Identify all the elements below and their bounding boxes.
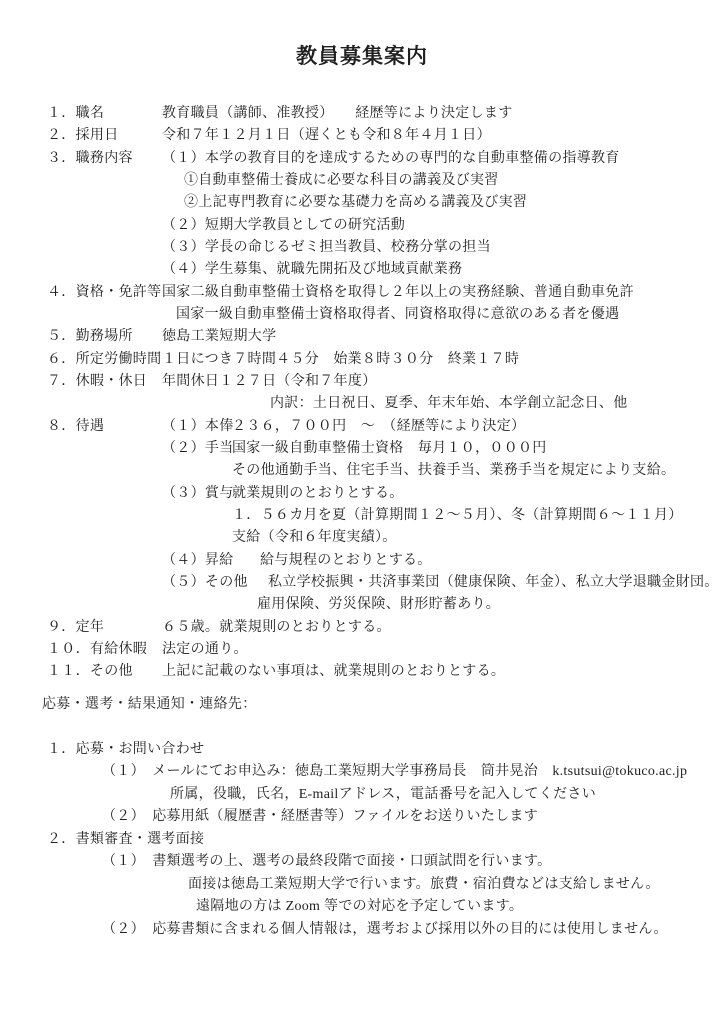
doc-text-line: ３．職務内容	[47, 149, 133, 168]
doc-text-line: 上記に記載のない事項は、就業規則のとおりとする。	[162, 662, 505, 681]
doc-text-line: １．５６カ月を夏（計算期間１２～５月）、冬（計算期間６～１１月）	[232, 506, 683, 525]
doc-text-line: （４）昇給	[162, 551, 234, 570]
doc-text-line: ９．定年	[47, 618, 104, 637]
doc-text-line: 面接は徳島工業短期大学で行います。旅費・宿泊費などは支給しません。	[188, 875, 660, 894]
doc-text-line: （１）本俸	[162, 417, 234, 436]
doc-text-line: （１）本学の教育目的を達成するための専門的な自動車整備の指導教育	[162, 149, 620, 168]
doc-text-line: ②上記専門教育に必要な基礎力を高める講義及び実習	[184, 193, 527, 212]
doc-text-line: （１） メールにてお申込み：徳島工業短期大学事務局長 筒井晃治 k.tsutsu…	[102, 762, 687, 781]
doc-text-line: １１．その他	[47, 662, 133, 681]
doc-text-line: １０．有給休暇	[47, 640, 147, 659]
doc-text-line: １．応募・お問い合わせ	[47, 740, 204, 759]
doc-text-line: その他通勤手当、住宅手当、扶養手当、業務手当を規定により支給。	[232, 461, 675, 480]
doc-text-line: ７．休暇・休日	[47, 372, 147, 391]
doc-text-line: （２）短期大学教員としての研究活動	[162, 216, 405, 235]
doc-text-line: （２） 応募用紙（履歴書・経歴書等）ファイルをお送りいたします	[102, 807, 538, 826]
doc-text-line: 国家二級自動車整備士資格を取得し２年以上の実務経験、普通自動車免許	[162, 283, 634, 302]
doc-text-line: （１） 書類選考の上、選考の最終段階で面接・口頭試問を行います。	[102, 852, 551, 871]
doc-text-line: ４．資格・免許等	[47, 283, 161, 302]
doc-text-line: 国家一級自動車整備士資格 毎月１０，０００円	[232, 439, 547, 458]
doc-text-line: 遠隔地の方は Zoom 等での対応を予定しています。	[196, 897, 523, 916]
doc-text-line: （２）手当	[162, 439, 234, 458]
doc-text-line: ５．勤務場所	[47, 327, 133, 346]
doc-text-line: 内訳：土日祝日、夏季、年末年始、本学創立記念日、他	[270, 394, 628, 413]
doc-text-line: 国家一級自動車整備士資格取得者、同資格取得に意欲のある者を優遇	[176, 305, 619, 324]
doc-text-line: ２３６，７００円 ～ （経歴等により決定）	[232, 417, 525, 436]
doc-text-line: （４）学生募集、就職先開拓及び地域貢献業務	[162, 260, 462, 279]
doc-text-line: １．職名	[47, 104, 104, 123]
doc-text-line: ８．待遇	[47, 417, 104, 436]
doc-text-line: 令和７年１２月１日（遅くとも令和８年４月１日）	[162, 126, 491, 145]
doc-text-line: （２） 応募書類に含まれる個人情報は，選考および採用以外の目的には使用しません。	[102, 920, 668, 939]
doc-text-line: 私立学校振興・共済事業団（健康保険、年金）、私立大学退職金財団。	[268, 573, 719, 592]
doc-text-line: 就業規則のとおりとする。	[232, 484, 404, 503]
doc-text-line: 所属，役職，氏名，E-mailアドレス，電話番号を記入してください	[170, 785, 596, 804]
document-page: 教員募集案内 １．職名教育職員（講師、准教授） 経歴等により決定します２．採用日…	[0, 0, 724, 1024]
doc-text-line: 応募・選考・結果通知・連絡先：	[42, 695, 257, 714]
doc-text-line: 年間休日１２７日（令和７年度）	[162, 372, 377, 391]
doc-text-line: ２．採用日	[47, 126, 119, 145]
doc-text-line: 教育職員（講師、准教授） 経歴等により決定します	[162, 104, 513, 123]
doc-text-line: ６．所定労働時間	[47, 350, 161, 369]
doc-text-line: 雇用保険、労災保険、財形貯蓄あり。	[257, 595, 500, 614]
doc-text-line: （３）学長の命じるゼミ担当教員、校務分掌の担当	[162, 238, 491, 257]
doc-text-line: 徳島工業短期大学	[162, 327, 276, 346]
doc-text-line: ６５歳。就業規則のとおりとする。	[162, 618, 391, 637]
doc-text-line: １日につき７時間４５分 始業８時３０分 終業１７時	[162, 350, 519, 369]
doc-text-line: ①自動車整備士養成に必要な科目の講義及び実習	[184, 171, 499, 190]
doc-text-line: 支給（令和６年度実績）。	[232, 528, 397, 547]
doc-text-line: （３）賞与	[162, 484, 234, 503]
doc-text-line: 法定の通り。	[162, 640, 248, 659]
doc-text-line: 給与規程のとおりとする。	[260, 551, 432, 570]
doc-text-line: ２．書類審査・選考面接	[47, 830, 204, 849]
document-title: 教員募集案内	[0, 40, 724, 70]
doc-text-line: （５）その他	[162, 573, 248, 592]
